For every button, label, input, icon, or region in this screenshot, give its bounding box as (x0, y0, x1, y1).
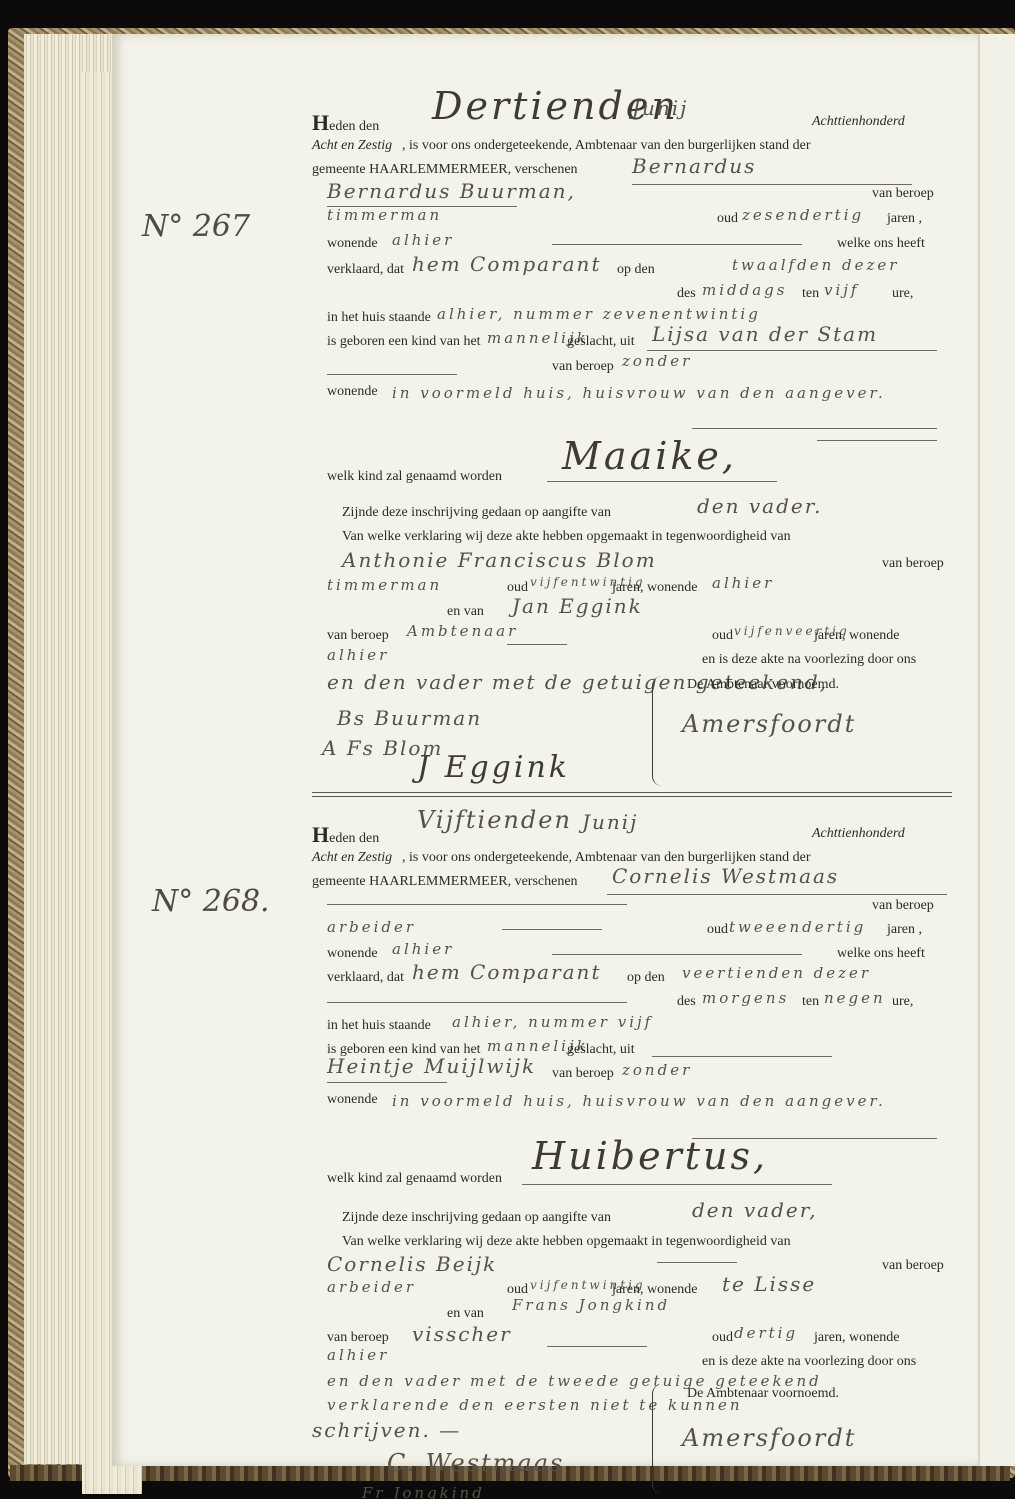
witness1-profession: arbeider (327, 1278, 416, 1296)
op-den-label: op den (627, 970, 665, 986)
van-beroep-label-4: van beroep (327, 628, 389, 644)
mother-residence: in voormeld huis, huisvrouw van den aang… (327, 379, 937, 407)
declarant-profession: timmerman (327, 206, 442, 224)
welke-label: welke ons heeft (837, 946, 925, 962)
jaren-label: jaren , (887, 922, 922, 938)
wonende-label: wonende (327, 946, 378, 962)
mother: Heintje Muijlwijk (327, 1054, 536, 1078)
wonende-label: wonende (327, 236, 378, 252)
verklaard-label: verklaard, dat (327, 262, 404, 278)
mother-residence: in voormeld huis, huisvrouw van den aang… (327, 1087, 937, 1115)
heden-den-label: Heden den (312, 822, 379, 848)
witness1: Cornelis Beijk (327, 1252, 497, 1276)
ten-label: ten (802, 286, 819, 302)
relation: hem Comparant (412, 252, 601, 276)
jaren-wonende-label-2: jaren, wonende (814, 1330, 900, 1346)
oud-label: oud (707, 922, 728, 938)
des-label: des (677, 994, 696, 1010)
informant: den vader. (697, 494, 822, 518)
year-label: Achttienhonderd (812, 114, 905, 130)
closing-line3: schrijven. — (312, 1418, 461, 1442)
entry-month: Junij (632, 96, 688, 120)
entry-day: Vijftienden (417, 806, 572, 834)
oud-label-3: oud (712, 628, 733, 644)
child-name: Maaike, (562, 434, 737, 478)
line2-text: , is voor ons ondergeteekende, Ambtenaar… (402, 138, 810, 154)
huis-label: in het huis staande (327, 310, 431, 326)
gemeente-line: gemeente HAARLEMMERMEER, verschenen (312, 162, 578, 178)
des-label: des (677, 286, 696, 302)
register-page: N° 267 HHeden deneden den Dertienden Jun… (112, 34, 978, 1466)
ten-label: ten (802, 994, 819, 1010)
mother-profession: zonder (622, 352, 692, 370)
birth-day: twaalfden dezer (732, 256, 899, 274)
van-welke-label: Van welke verklaring wij deze akte hebbe… (342, 1234, 791, 1250)
birth-day: veertienden dezer (682, 964, 871, 982)
witness2: Frans Jongkind (512, 1296, 670, 1314)
ambtenaar-label: De Ambtenaar voornoemd. (687, 1386, 839, 1402)
van-beroep-label-3: van beroep (882, 556, 944, 572)
voorlezing-label: en is deze akte na voorlezing door ons (702, 652, 916, 668)
genaamd-label: welk kind zal genaamd worden (327, 469, 502, 485)
van-beroep-label-2: van beroep (552, 1066, 614, 1082)
relation: hem Comparant (412, 960, 601, 984)
birth-hour: vijf (824, 281, 859, 299)
house: alhier, nummer vijf (452, 1013, 653, 1031)
witness2-residence: alhier (327, 646, 389, 664)
declarant-residence: alhier (392, 231, 454, 249)
voorlezing-label: en is deze akte na voorlezing door ons (702, 1354, 916, 1370)
van-beroep-label-2: van beroep (552, 359, 614, 375)
geboren-label: is geboren een kind van het (327, 334, 481, 350)
ure-label: ure, (892, 994, 913, 1010)
van-beroep-label: van beroep (872, 186, 934, 202)
witness2-profession: visscher (412, 1322, 512, 1346)
closing-line2: verklarende den eersten niet te kunnen (327, 1396, 743, 1414)
declarant-age: zesendertig (742, 206, 864, 224)
van-beroep-label-4: van beroep (327, 1330, 389, 1346)
house: alhier, nummer zevenentwintig (437, 305, 761, 323)
oud-label: oud (717, 211, 738, 227)
time-of-day: morgens (702, 989, 789, 1007)
year-line2: Acht en Zestig (312, 138, 392, 154)
declarant-age: tweeendertig (729, 918, 866, 936)
jaren-wonende-label-2: jaren, wonende (814, 628, 900, 644)
witness2-residence: alhier (327, 1346, 389, 1364)
official-signature: Amersfoordt (682, 1424, 856, 1452)
witness1-residence: te Lisse (722, 1272, 816, 1296)
geslacht-label: geslacht, uit (567, 334, 635, 350)
jaren-label: jaren , (887, 211, 922, 227)
gemeente-line: gemeente HAARLEMMERMEER, verschenen (312, 874, 578, 890)
declarant: Bernardus Buurman, (327, 179, 576, 203)
zijnde-label: Zijnde deze inschrijving gedaan op aangi… (342, 1210, 611, 1226)
mother-profession: zonder (622, 1061, 692, 1079)
welke-label: welke ons heeft (837, 236, 925, 252)
ambtenaar-label: De Ambtenaar voornoemd. (687, 677, 839, 693)
entry-number: N° 268. (152, 884, 270, 919)
van-welke-label: Van welke verklaring wij deze akte hebbe… (342, 529, 791, 545)
heden-den-label: HHeden deneden den (312, 110, 379, 136)
child-name: Huibertus, (532, 1134, 768, 1178)
geslacht-label: geslacht, uit (567, 1042, 635, 1058)
witness2-profession: Ambtenaar (407, 622, 518, 640)
official-signature: Amersfoordt (682, 710, 856, 738)
informant: den vader, (692, 1198, 817, 1222)
declarant: Cornelis Westmaas (612, 864, 839, 888)
declarant-firstname: Bernardus (632, 154, 756, 178)
en-van-label: en van (447, 604, 484, 620)
en-van-label: en van (447, 1306, 484, 1322)
brace (652, 676, 665, 786)
brace (652, 1384, 665, 1494)
zijnde-label: Zijnde deze inschrijving gedaan op aangi… (342, 505, 611, 521)
signature-declarant: Bs Buurman (337, 706, 482, 730)
oud-label-3: oud (712, 1330, 733, 1346)
time-of-day: middags (702, 281, 787, 299)
birth-hour: negen (824, 989, 886, 1007)
verklaard-label: verklaard, dat (327, 970, 404, 986)
year-line2: Acht en Zestig (312, 850, 392, 866)
declarant-residence: alhier (392, 940, 454, 958)
facing-page-edge (978, 34, 1015, 1466)
year-label: Achttienhonderd (812, 826, 905, 842)
mother: Lijsa van der Stam (652, 322, 878, 346)
van-beroep-label-3: van beroep (882, 1258, 944, 1274)
witness1-profession: timmerman (327, 576, 442, 594)
witness1-residence: alhier (712, 574, 774, 592)
entry-number: N° 267 (142, 209, 250, 244)
signature-witness2: Fr Jongkind (362, 1484, 485, 1499)
witness2: Jan Eggink (512, 594, 643, 618)
signature-declarant: C. Westmaas (387, 1449, 564, 1477)
op-den-label: op den (617, 262, 655, 278)
van-beroep-label: van beroep (872, 898, 934, 914)
genaamd-label: welk kind zal genaamd worden (327, 1171, 502, 1187)
huis-label: in het huis staande (327, 1018, 431, 1034)
declarant-profession: arbeider (327, 918, 416, 936)
entry-month: Junij (582, 810, 638, 834)
ure-label: ure, (892, 286, 913, 302)
entry-separator (312, 792, 952, 797)
signature-witness2: J Eggink (417, 750, 570, 785)
witness1: Anthonie Franciscus Blom (342, 548, 657, 572)
witness2-age: dertig (734, 1324, 798, 1342)
